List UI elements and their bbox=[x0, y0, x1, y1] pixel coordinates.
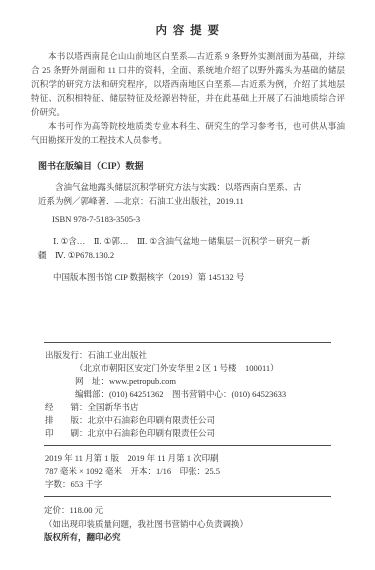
cip-classification: Ⅰ. ①含… Ⅱ. ①郭… Ⅲ. ①含油气盆地－储集层－沉积学－研究－新疆 Ⅳ.… bbox=[38, 235, 316, 262]
isbn-line: ISBN 978-7-5183-3505-3 bbox=[38, 213, 345, 225]
price-section: 定价：118.00 元 （如出现印装质量问题，我社图书营销中心负责调换） 版权所… bbox=[44, 497, 345, 545]
publishing-info-section: 出版发行：石油工业出版社 （北京市朝阳区安定门外安华里 2 区 1 号楼 100… bbox=[45, 343, 345, 445]
cip-entry: 含油气盆地露头储层沉积学研究方法与实践：以塔西南白垩系、古近系为例／郭峰著．—北… bbox=[38, 181, 306, 208]
word-count-line: 字数：653 千字 bbox=[45, 478, 345, 491]
publisher-address: （北京市朝阳区安定门外安华里 2 区 1 号楼 100011） bbox=[45, 362, 345, 375]
publisher-line: 出版发行：石油工业出版社 bbox=[45, 349, 345, 362]
edition-section: 2019 年 11 月第 1 版 2019 年 11 月第 1 次印刷 787 … bbox=[45, 446, 345, 496]
distributor-line: 经 销：全国新华书店 bbox=[45, 401, 345, 414]
cip-record-number: 中国版本图书馆 CIP 数据核字（2019）第 145132 号 bbox=[38, 271, 345, 283]
edition-line: 2019 年 11 月第 1 版 2019 年 11 月第 1 次印刷 bbox=[45, 452, 345, 465]
cip-heading: 图书在版编目（CIP）数据 bbox=[38, 159, 345, 172]
summary-title: 内 容 提 要 bbox=[31, 22, 345, 38]
typesetter-line: 排 版：北京中石油彩色印刷有限责任公司 bbox=[45, 414, 345, 427]
editorial-contact-line: 编辑部：(010) 64251362 图书营销中心：(010) 64523633 bbox=[45, 388, 345, 401]
website-line: 网 址：www.petropub.com bbox=[45, 375, 345, 388]
quality-note: （如出现印装质量问题，我社图书营销中心负责调换） bbox=[44, 518, 345, 532]
summary-paragraph-2: 本书可作为高等院校地质类专业本科生、研究生的学习参考书，也可供从事油气田勘探开发… bbox=[31, 119, 345, 147]
printer-line: 印 刷：北京中石油彩色印刷有限责任公司 bbox=[45, 427, 345, 440]
copyright-page: 内 容 提 要 本书以塔西南昆仑山山前地区白垩系—古近系 9 条野外实测剖面为基… bbox=[0, 0, 375, 570]
format-line: 787 毫米 × 1092 毫米 开本：1/16 印张：25.5 bbox=[45, 465, 345, 478]
content-summary-section: 内 容 提 要 本书以塔西南昆仑山山前地区白垩系—古近系 9 条野外实测剖面为基… bbox=[31, 22, 345, 147]
cip-section: 图书在版编目（CIP）数据 含油气盆地露头储层沉积学研究方法与实践：以塔西南白垩… bbox=[38, 159, 345, 283]
price-line: 定价：118.00 元 bbox=[44, 504, 345, 518]
copyright-notice: 版权所有，翻印必究 bbox=[44, 531, 345, 545]
summary-paragraph-1: 本书以塔西南昆仑山山前地区白垩系—古近系 9 条野外实测剖面为基础，并综合 25… bbox=[31, 49, 345, 119]
